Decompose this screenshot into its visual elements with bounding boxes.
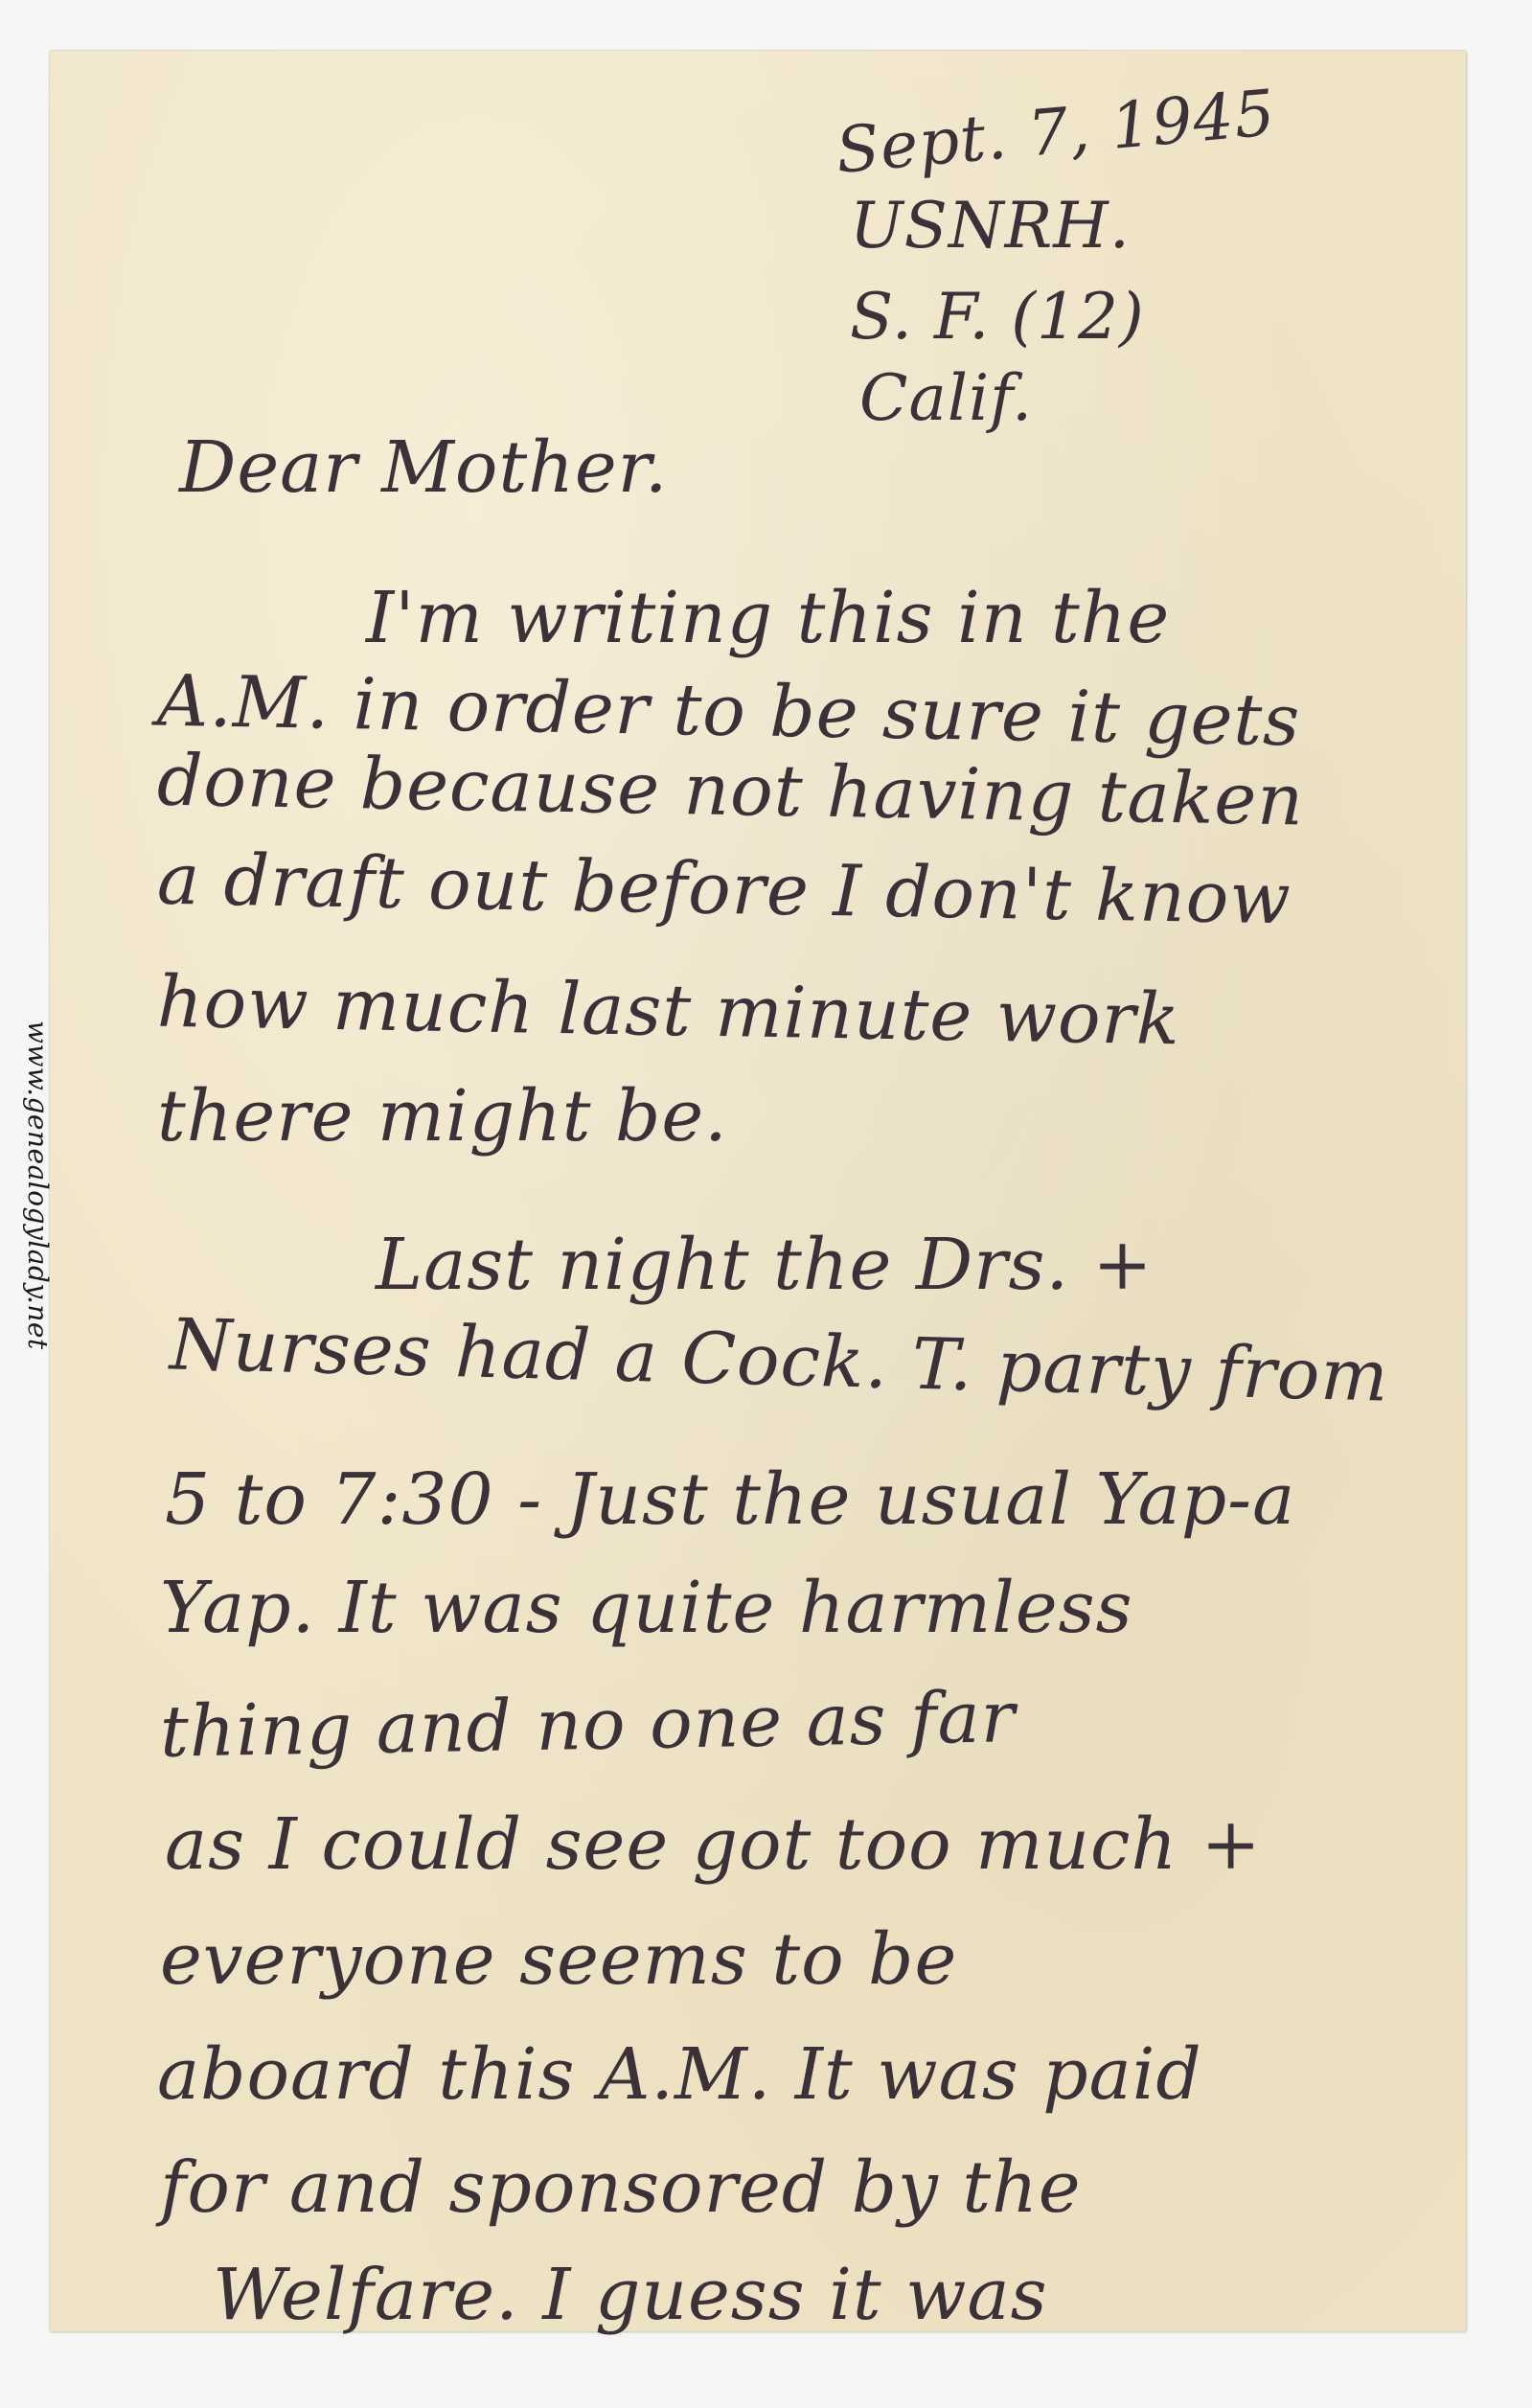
heading-date: Sept. 7, 1945 (834, 81, 1278, 183)
body-line: I'm writing this in the (366, 583, 1170, 654)
body-line: Welfare. I guess it was (213, 2259, 1048, 2330)
body-line: for and sponsored by the (160, 2152, 1082, 2223)
heading-state: Calif. (859, 367, 1033, 430)
body-line: there might be. (157, 1081, 728, 1152)
letter-page: Sept. 7, 1945 USNRH. S. F. (12) Calif. D… (50, 51, 1466, 2331)
body-line: as I could see got too much + (165, 1809, 1262, 1880)
body-line: Nurses had a Cock. T. party from (169, 1309, 1389, 1411)
body-line: how much last minute work (156, 967, 1180, 1056)
body-line: Last night the Drs. + (376, 1229, 1154, 1300)
body-line: everyone seems to be (160, 1924, 957, 1995)
body-line: Yap. It was quite harmless (160, 1572, 1133, 1643)
body-line: thing and no one as far (159, 1682, 1016, 1768)
body-line: 5 to 7:30 - Just the usual Yap-a (165, 1464, 1295, 1535)
body-line: aboard this A.M. It was paid (157, 2039, 1202, 2110)
body-line: done because not having taken (156, 745, 1304, 837)
salutation: Dear Mother. (179, 432, 668, 503)
heading-unit: USNRH. (850, 195, 1131, 258)
heading-city: S. F. (12) (850, 286, 1145, 349)
body-line: a draft out before I don't know (156, 844, 1292, 935)
watermark-text: www.genealogylady.net (23, 1021, 54, 1394)
